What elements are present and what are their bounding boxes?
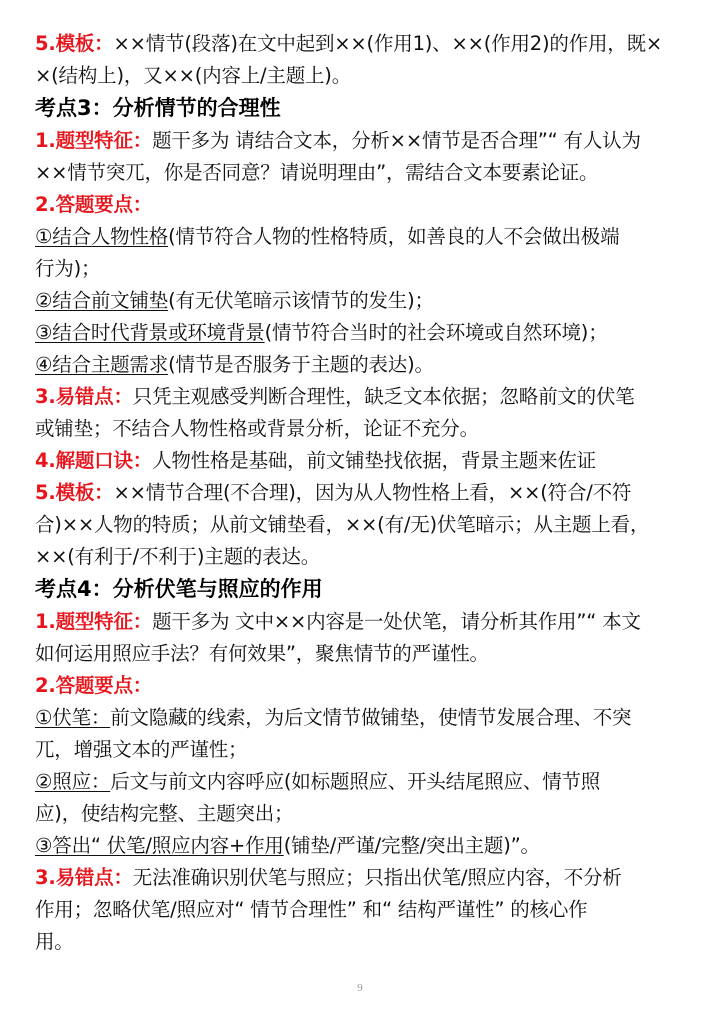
feature-line-2: ××情节突兀，你是否同意？请说明理由”，需结合文本要素论证。 <box>35 157 690 189</box>
errors-line-2: 或铺垫；不结合人物性格或背景分析，论证不充分。 <box>35 413 690 445</box>
template-line-2: 合)××人物的特质；从前文铺垫看，××(有/无)伏笔暗示；从主题上看， <box>35 509 690 541</box>
section-heading-3: 考点3：分析情节的合理性 <box>35 92 690 125</box>
errors-line-1: 3.易错点：只凭主观感受判断合理性，缺乏文本依据；忽略前文的伏笔 <box>35 381 690 413</box>
template-label: 5.模板： <box>35 32 113 55</box>
point-item: ②照应：后文与前文内容呼应(如标题照应、开头结尾照应、情节照 <box>35 766 690 798</box>
point-item: ④结合主题需求(情节是否服务于主题的表达)。 <box>35 349 690 381</box>
errors-line-3: 用。 <box>35 926 690 958</box>
point-item: ①伏笔：前文隐藏的线索，为后文情节做铺垫，使情节发展合理、不突 <box>35 702 690 734</box>
tips-line: 4.解题口诀：人物性格是基础，前文铺垫找依据，背景主题来佐证 <box>35 445 690 477</box>
page-number: 9 <box>0 982 720 994</box>
template-line-1: 5.模板：××情节合理(不合理)，因为从人物性格上看，××(符合/不符 <box>35 477 690 509</box>
errors-line-1: 3.易错点：无法准确识别伏笔与照应；只指出伏笔/照应内容，不分析 <box>35 862 690 894</box>
feature-line-1: 1.题型特征：题干多为 文中××内容是一处伏笔，请分析其作用”“ 本文 <box>35 606 690 638</box>
point-item: ③答出“ 伏笔/照应内容+作用(铺垫/严谨/完整/突出主题)”。 <box>35 830 690 862</box>
errors-line-2: 作用；忽略伏笔/照应对“ 情节合理性” 和“ 结构严谨性” 的核心作 <box>35 894 690 926</box>
template-line-3: ××(有利于/不利于)主题的表达。 <box>35 541 690 573</box>
feature-line-1: 1.题型特征：题干多为 请结合文本，分析××情节是否合理”“ 有人认为 <box>35 125 690 157</box>
document-page: 5.模板：××情节(段落)在文中起到××(作用1)、××(作用2)的作用，既× … <box>35 28 690 958</box>
template-line-1: 5.模板：××情节(段落)在文中起到××(作用1)、××(作用2)的作用，既× <box>35 28 690 60</box>
template-line-2: ×(结构上)，又××(内容上/主题上)。 <box>35 60 690 92</box>
points-label: 2.答题要点： <box>35 670 690 702</box>
section-heading-4: 考点4：分析伏笔与照应的作用 <box>35 573 690 606</box>
point-item: ①结合人物性格(情节符合人物的性格特质，如善良的人不会做出极端 <box>35 221 690 253</box>
point-item-cont: 应)，使结构完整、主题突出； <box>35 798 690 830</box>
point-item: ②结合前文铺垫(有无伏笔暗示该情节的发生)； <box>35 285 690 317</box>
feature-line-2: 如何运用照应手法？有何效果”，聚焦情节的严谨性。 <box>35 638 690 670</box>
point-item: ③结合时代背景或环境背景(情节符合当时的社会环境或自然环境)； <box>35 317 690 349</box>
point-item-cont: 行为)； <box>35 253 690 285</box>
points-label: 2.答题要点： <box>35 189 690 221</box>
point-item-cont: 兀，增强文本的严谨性； <box>35 734 690 766</box>
